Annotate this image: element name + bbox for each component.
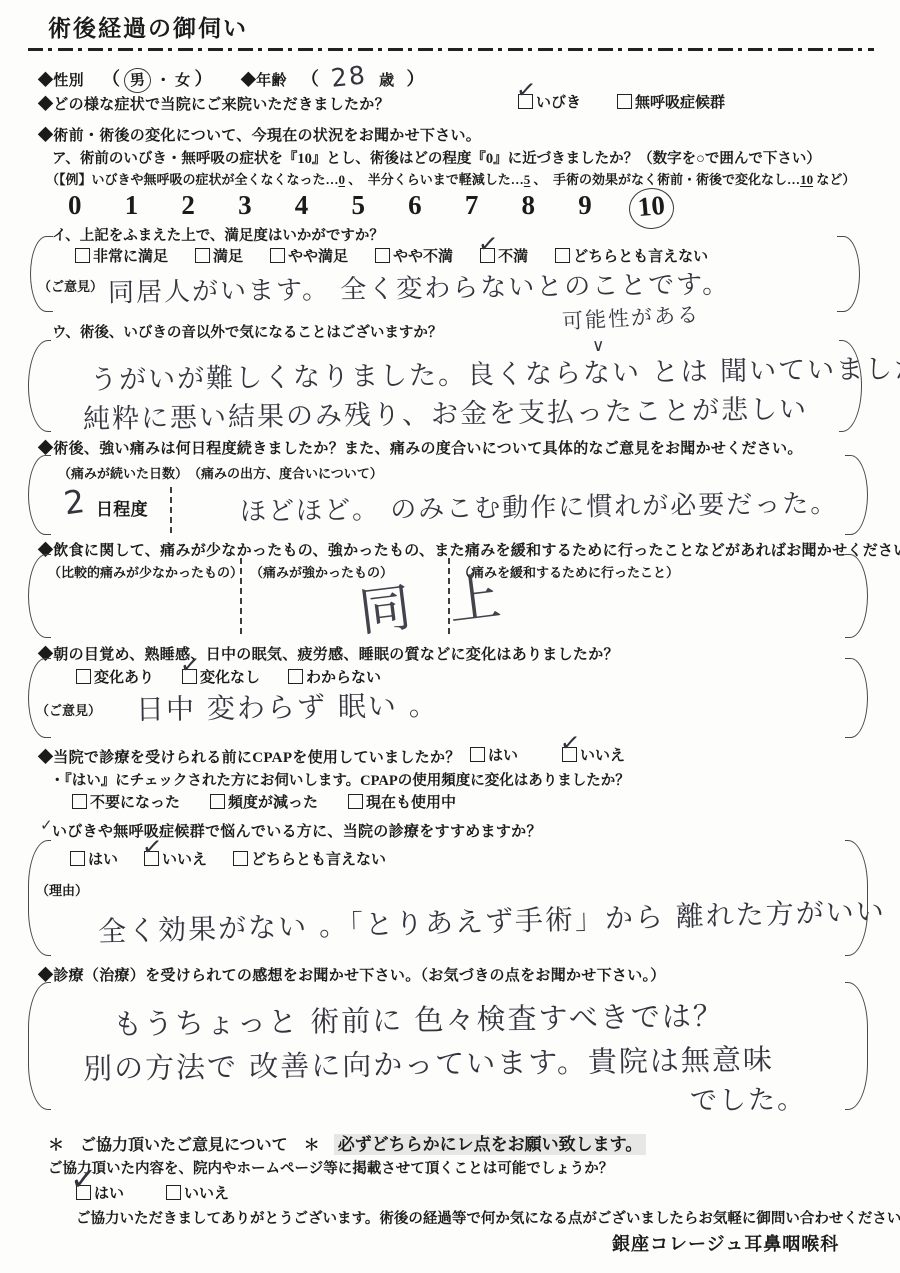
concerns-insertion-handwriting: 可能性がある xyxy=(561,298,700,335)
example-v3: 10 xyxy=(800,172,813,187)
paren: ） xyxy=(194,69,212,89)
checkbox-label: 不満 xyxy=(498,245,528,266)
checkbox-label: 非常に満足 xyxy=(93,245,168,266)
checkbox-icon xyxy=(210,794,225,809)
cpap-followup: ・『はい』にチェックされた方にお伺いします。CPAPの使用頻度に変化はありました… xyxy=(50,769,630,790)
gender-label: ◆性別 xyxy=(38,73,84,89)
recommend-handwriting: 全く効果がない 。「とりあえず手術」から 離れた方がいい xyxy=(98,890,887,951)
concerns-question: ウ、術後、いびきの音以外で気になることはございますか？ xyxy=(52,321,442,342)
gender-male-circled[interactable]: 男 xyxy=(123,67,152,94)
footer-note-bold: 必ずどちらかにレ点をお願い致します。 xyxy=(334,1134,647,1155)
checkbox-label: どちらとも言えない xyxy=(573,245,708,266)
concerns-answer-box: うがいが難しくなりました。良くならない とは 聞いていましたが 純粋に悪い結果の… xyxy=(28,340,862,432)
gender-separator: ・ xyxy=(156,73,171,89)
checkbox-no-longer-needed[interactable]: ✓不要になった xyxy=(72,791,180,812)
checkmark-icon: ✓ xyxy=(477,231,500,257)
change-sub-a: ア、術前のいびき・無呼吸の症状を『10』とし、術後はどの程度『0』に近づきました… xyxy=(52,147,821,168)
pain-days-label: （痛みが続いた日数） xyxy=(58,463,188,482)
impressions-answer-box: もうちょっと 術前に 色々検査すべきでは？ 別の方法で 改善に向かっています。貴… xyxy=(28,982,868,1110)
checkbox-label: はい xyxy=(488,744,518,765)
checkbox-label: 変化なし xyxy=(200,666,260,687)
checkbox-changed[interactable]: ✓変化あり xyxy=(76,666,154,687)
checkbox-neither[interactable]: ✓どちらとも言えない xyxy=(555,245,708,266)
checkbox-icon xyxy=(76,669,91,684)
checkbox-icon xyxy=(348,794,363,809)
checkbox-recommend-yes[interactable]: ✓はい xyxy=(70,848,118,869)
checkbox-label: 無呼吸症候群 xyxy=(635,91,725,112)
checkbox-icon xyxy=(270,248,285,263)
checkbox-no-change[interactable]: ✓変化なし xyxy=(182,666,260,687)
checkmark-icon: ✓ xyxy=(69,1163,97,1196)
checkbox-icon xyxy=(75,248,90,263)
checkbox-label: やや満足 xyxy=(288,245,348,266)
recommend-question: いびきや無呼吸症候群で悩んでいる方に、当院の診療をすすめますか？ xyxy=(52,820,542,841)
age-value-handwritten[interactable]: 28 xyxy=(330,60,369,93)
scale-7[interactable]: 7 xyxy=(459,188,485,229)
checkbox-icon xyxy=(72,794,87,809)
scale-0[interactable]: 0 xyxy=(62,188,88,229)
symptom-question: ◆どの様な症状で当院にご来院いただきましたか？ xyxy=(38,93,390,114)
checkbox-unknown[interactable]: ✓わからない xyxy=(288,666,381,687)
rating-scale: 0 1 2 3 4 5 6 7 8 9 10 xyxy=(62,188,674,229)
example-t3: 、 手術の効果がなく術前・術後で変化なし… xyxy=(530,172,800,187)
checkmark-icon: ✓ xyxy=(515,77,538,103)
publish-question: ご協力頂いた内容を、院内やホームページ等に掲載させて頂くことは可能でしょうか？ xyxy=(48,1157,613,1178)
impressions-line2: 別の方法で 改善に向かっています。貴院は無意味 xyxy=(83,1037,774,1088)
sleep-handwriting: 日中 変わらず 眠い 。 xyxy=(136,684,439,728)
checkbox-icon xyxy=(233,851,248,866)
pain-handwriting: ほどほど。 のみこむ動作に慣れが必要だった。 xyxy=(240,483,839,528)
scale-4[interactable]: 4 xyxy=(289,188,315,229)
checkbox-label: 満足 xyxy=(213,245,243,266)
checkbox-icon xyxy=(375,248,390,263)
checkmark-icon: ✓ xyxy=(141,834,164,860)
gender-age-row: ◆性別 （ 男 ・ 女 ） ◆年齢 （ 28 歳 ） xyxy=(38,62,425,93)
checkbox-icon xyxy=(166,1185,181,1200)
reason-label: （理由） xyxy=(36,880,88,899)
paren: （ xyxy=(102,69,120,89)
opinion-label: （ご意見） xyxy=(38,276,103,295)
change-example: （【例】いびきや無呼吸の症状が全くなくなった…0 、 半分くらいまで軽減した…5… xyxy=(46,169,855,188)
pain-column-divider xyxy=(170,487,172,533)
impressions-line1: もうちょっと 術前に 色々検査すべきでは？ xyxy=(113,994,724,1044)
checkbox-apnea[interactable]: ✓ 無呼吸症候群 xyxy=(617,91,725,112)
eating-col1-label: （比較的痛みが少なかったもの） xyxy=(48,562,243,581)
checkbox-frequency-decreased[interactable]: ✓頻度が減った xyxy=(210,791,318,812)
checkbox-label: 不要になった xyxy=(90,791,180,812)
scale-6[interactable]: 6 xyxy=(402,188,428,229)
checkbox-icon xyxy=(470,747,485,762)
checkmark-icon: ✓ xyxy=(559,730,582,756)
scale-1[interactable]: 1 xyxy=(119,188,145,229)
age-unit: 歳 xyxy=(379,73,394,89)
pain-answer-box: （痛みが続いた日数） （痛みの出方、度合いについて） 2 日程度 ほどほど。 の… xyxy=(28,455,868,535)
scale-9[interactable]: 9 xyxy=(572,188,598,229)
example-t1: いびきや無呼吸の症状が全くなくなった… xyxy=(92,172,339,187)
recommend-answer-box: ✓はい ✓いいえ ✓どちらとも言えない （理由） 全く効果がない 。「とりあえず… xyxy=(28,840,868,956)
checkbox-icon xyxy=(555,248,570,263)
scale-10-circled[interactable]: 10 xyxy=(627,186,675,231)
checkbox-icon xyxy=(195,248,210,263)
sleep-answer-box: ✓変化あり ✓変化なし ✓わからない （ご意見） 日中 変わらず 眠い 。 xyxy=(28,658,868,738)
opinion-label: （ご意見） xyxy=(36,700,101,719)
checkbox-very-satisfied[interactable]: ✓非常に満足 xyxy=(75,245,168,266)
checkbox-icon xyxy=(288,669,303,684)
cpap-question: ◆当院で診療を受けられる前にCPAPを使用していましたか？ xyxy=(38,746,461,767)
paren: （ xyxy=(301,69,319,89)
checkmark-icon: ✓ xyxy=(179,652,202,678)
checkbox-label: いいえ xyxy=(162,848,207,869)
checkbox-snoring[interactable]: ✓ いびき xyxy=(518,91,581,112)
thanks-text: ご協力いただきましてありがとうございます。術後の経過等で何か気になる点がございま… xyxy=(76,1207,900,1228)
checkbox-somewhat-satisfied[interactable]: ✓やや満足 xyxy=(270,245,348,266)
checkbox-icon xyxy=(617,94,632,109)
scale-5[interactable]: 5 xyxy=(345,188,371,229)
checkbox-cpap-yes[interactable]: ✓はい xyxy=(470,744,518,765)
checkbox-still-using[interactable]: ✓現在も使用中 xyxy=(348,791,456,812)
eating-answer-box: （比較的痛みが少なかったもの） （痛みが強かったもの） （痛みを緩和するために行… xyxy=(28,554,868,638)
checkbox-publish-no[interactable]: ✓いいえ xyxy=(166,1182,229,1203)
footer-note: ＊ ご協力頂いたご意見について ＊ 必ずどちらかにレ点をお願い致します。 xyxy=(48,1130,646,1155)
checkbox-label: やや不満 xyxy=(393,245,453,266)
scale-2[interactable]: 2 xyxy=(175,188,201,229)
checkbox-label: 変化あり xyxy=(94,666,154,687)
checkbox-label: 頻度が減った xyxy=(228,791,318,812)
paren: ） xyxy=(406,69,424,89)
clinic-name: 銀座コレージュ耳鼻咽喉科 xyxy=(612,1230,839,1256)
pain-days-value-handwritten: 2 xyxy=(61,482,88,523)
checkbox-recommend-no[interactable]: ✓いいえ xyxy=(144,848,207,869)
example-t2: 、 半分くらいまで軽減した… xyxy=(345,172,524,187)
survey-form-page: 術後経過の御伺い ◆性別 （ 男 ・ 女 ） ◆年齢 （ 28 歳 ） ◆どの様… xyxy=(0,0,900,1273)
footer-note-lead: ＊ ご協力頂いたご意見について ＊ xyxy=(48,1137,320,1154)
page-title: 術後経過の御伺い xyxy=(48,10,248,43)
checkbox-publish-yes[interactable]: ✓はい xyxy=(76,1182,124,1203)
eating-divider-1 xyxy=(240,558,242,634)
scale-8[interactable]: 8 xyxy=(516,188,542,229)
checkbox-label: はい xyxy=(88,848,118,869)
pain-days-unit: 日程度 xyxy=(96,495,148,520)
gender-male-label: 男 xyxy=(130,72,147,89)
checkbox-label: いいえ xyxy=(580,744,625,765)
scale-3[interactable]: 3 xyxy=(232,188,258,229)
checkbox-label: いいえ xyxy=(184,1182,229,1203)
checkbox-label: いびき xyxy=(536,91,581,112)
checkbox-recommend-neither[interactable]: ✓どちらとも言えない xyxy=(233,848,386,869)
checkbox-icon xyxy=(70,851,85,866)
checkbox-label: はい xyxy=(94,1182,124,1203)
checkbox-somewhat-dissatisfied[interactable]: ✓やや不満 xyxy=(375,245,453,266)
checkbox-cpap-no[interactable]: ✓いいえ xyxy=(562,744,625,765)
dashed-separator xyxy=(28,48,874,51)
pain-desc-label: （痛みの出方、度合いについて） xyxy=(188,463,383,482)
satisfaction-answer-box: ✓非常に満足 ✓満足 ✓やや満足 ✓やや不満 ✓不満 ✓どちらとも言えない （ご… xyxy=(30,236,860,312)
example-open: （【例】 xyxy=(46,172,92,187)
change-heading: ◆術前・術後の変化について、今現在の状況をお聞かせ下さい。 xyxy=(38,124,481,145)
checkbox-dissatisfied[interactable]: ✓不満 xyxy=(480,245,528,266)
impressions-line3: でした。 xyxy=(690,1077,807,1118)
checkbox-label: どちらとも言えない xyxy=(251,848,386,869)
checkbox-label: 現在も使用中 xyxy=(366,791,456,812)
example-close: など） xyxy=(813,172,855,187)
gender-female-label[interactable]: 女 xyxy=(175,73,190,89)
checkbox-satisfied[interactable]: ✓満足 xyxy=(195,245,243,266)
age-label: ◆年齢 xyxy=(241,73,287,89)
